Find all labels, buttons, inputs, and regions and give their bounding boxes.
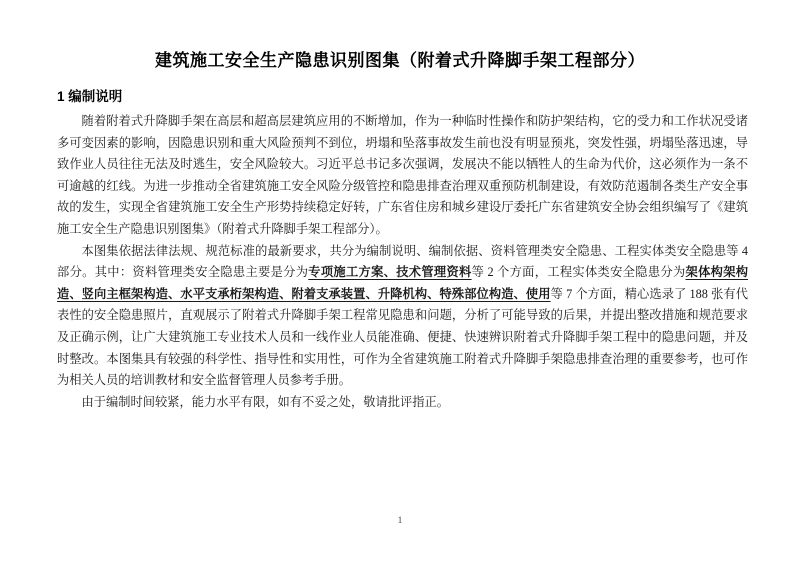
paragraph-structure: 本图集依据法律法规、规范标准的最新要求，共分为编制说明、编制依据、资料管理类安全…	[57, 241, 748, 392]
paragraph-intro: 随着附着式升降脚手架在高层和超高层建筑应用的不断增加，作为一种临时性操作和防护架…	[57, 111, 748, 241]
paragraph-closing-text: 由于编制时间较紧，能力水平有限，如有不妥之处，敬请批评指正。	[82, 395, 450, 409]
section-heading: 1 编制说明	[57, 88, 743, 106]
document-body: 随着附着式升降脚手架在高层和超高层建筑应用的不断增加，作为一种临时性操作和防护架…	[57, 111, 748, 413]
document-title: 建筑施工安全生产隐患识别图集（附着式升降脚手架工程部分）	[0, 0, 800, 73]
paragraph-intro-text: 随着附着式升降脚手架在高层和超高层建筑应用的不断增加，作为一种临时性操作和防护架…	[57, 114, 748, 236]
page-number: 1	[0, 516, 800, 526]
paragraph-structure-run-4: 等 7 个方面，精心选录了 188 张有代表性的安全隐患照片，直观展示了附着式升…	[57, 287, 748, 387]
document-page: 建筑施工安全生产隐患识别图集（附着式升降脚手架工程部分） 1 编制说明 随着附着…	[0, 0, 800, 566]
paragraph-closing: 由于编制时间较紧，能力水平有限，如有不妥之处，敬请批评指正。	[57, 392, 748, 414]
paragraph-structure-run-2: 等 2 个方面，工程实体类安全隐患分为	[472, 265, 686, 279]
paragraph-structure-run-1-emphasis: 专项施工方案、技术管理资料	[308, 265, 471, 279]
